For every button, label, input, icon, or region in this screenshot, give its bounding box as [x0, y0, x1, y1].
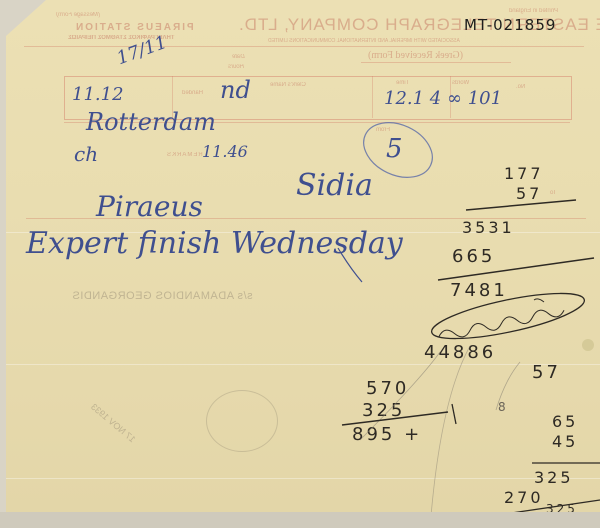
scan-background: [0, 512, 600, 528]
handwriting-strokes: [0, 0, 600, 528]
